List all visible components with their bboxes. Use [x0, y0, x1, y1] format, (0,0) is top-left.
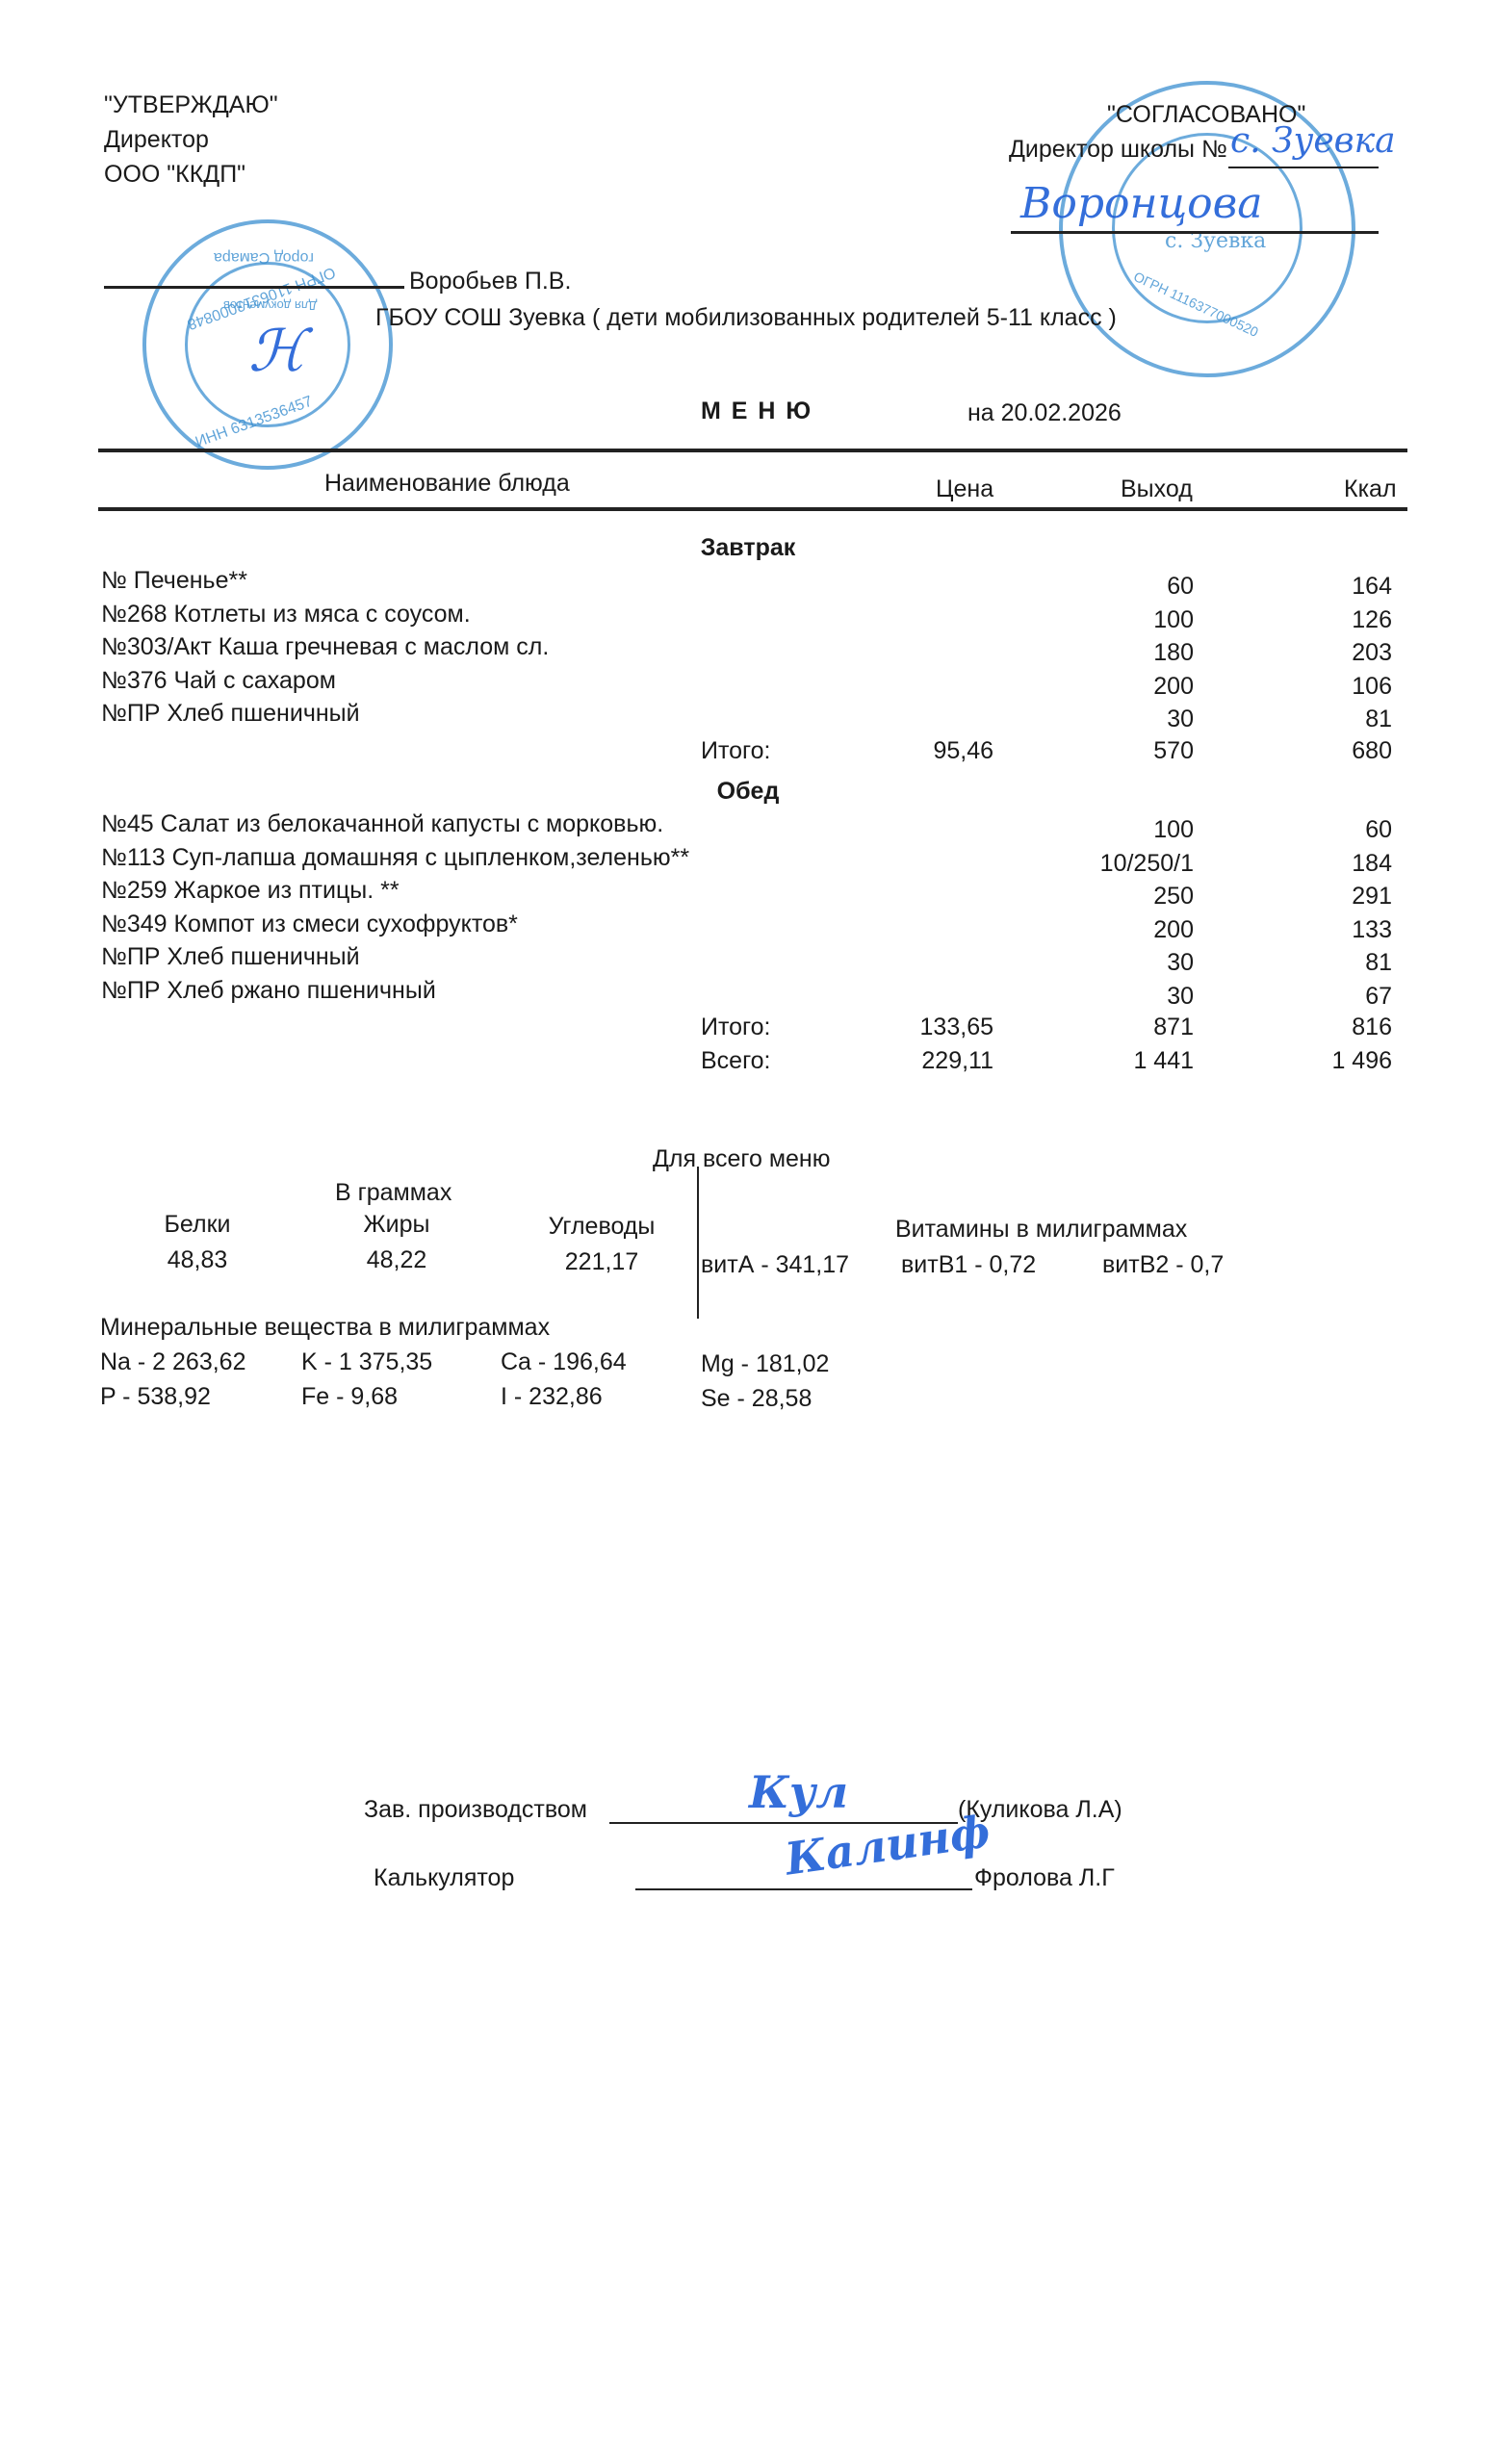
dish-kcal: 67 [1365, 983, 1392, 1011]
dish-kcal: 164 [1352, 573, 1392, 601]
subtotal-row: Итого:133,65871816 [0, 1014, 1496, 1046]
dish-name: №ПР Хлеб ржано пшеничный [101, 977, 436, 1005]
table-row: №ПР Хлеб пшеничный3081 [0, 706, 1496, 738]
column-header-price: Цена [936, 475, 993, 503]
subtotal-label: Итого: [701, 737, 770, 765]
mineral-p: P - 538,92 [100, 1383, 211, 1411]
approve-title: "УТВЕРЖДАЮ" [104, 91, 278, 119]
column-header-kcal: Ккал [1344, 475, 1397, 503]
dish-kcal: 106 [1352, 673, 1392, 701]
menu-title: М Е Н Ю [701, 398, 812, 425]
macro-carbs-value: 221,17 [534, 1248, 669, 1276]
approve-signature-line [104, 286, 404, 289]
dish-kcal: 203 [1352, 639, 1392, 667]
mineral-k: K - 1 375,35 [301, 1348, 432, 1376]
grams-label: В граммах [335, 1179, 451, 1207]
total-row: Всего:229,111 4411 496 [0, 1047, 1496, 1080]
section-title: Обед [0, 778, 1496, 806]
dish-yield: 10/250/1 [1100, 850, 1194, 878]
dish-yield: 30 [1167, 949, 1194, 977]
subtotal-kcal: 680 [1352, 737, 1392, 765]
column-header-name: Наименование блюда [324, 470, 570, 498]
vitamin-b2: витВ2 - 0,7 [1102, 1251, 1224, 1279]
macro-fat-value: 48,22 [339, 1246, 454, 1274]
table-row: №ПР Хлеб ржано пшеничный3067 [0, 983, 1496, 1015]
dish-yield: 30 [1167, 706, 1194, 733]
dish-name: №45 Салат из белокачанной капусты с морк… [101, 810, 663, 838]
nutrition-divider [697, 1167, 699, 1319]
macro-protein-value: 48,83 [140, 1246, 255, 1274]
macro-carbs-label: Углеводы [534, 1213, 669, 1241]
table-top-rule [98, 449, 1407, 452]
mineral-fe: Fe - 9,68 [301, 1383, 398, 1411]
macro-protein-label: Белки [140, 1211, 255, 1239]
agreed-signature-line [1011, 231, 1379, 234]
dish-yield: 100 [1153, 816, 1194, 844]
dish-kcal: 133 [1352, 916, 1392, 944]
menu-date: на 20.02.2026 [967, 399, 1122, 427]
subtotal-kcal: 816 [1352, 1014, 1392, 1041]
subtotal-label: Итого: [701, 1014, 770, 1041]
dish-name: №303/Акт Каша гречневая с маслом сл. [101, 633, 549, 661]
handwritten-school: с. Зуевка [1230, 121, 1396, 161]
subtotal-yield: 570 [1153, 737, 1194, 765]
dish-kcal: 291 [1352, 883, 1392, 911]
dish-name: №ПР Хлеб пшеничный [101, 700, 360, 728]
mineral-mg: Mg - 181,02 [701, 1350, 829, 1378]
total-label: Всего: [701, 1047, 771, 1075]
subtotal-yield: 871 [1153, 1014, 1194, 1041]
dish-name: №268 Котлеты из мяса с соусом. [101, 601, 471, 629]
school-number-line [1228, 167, 1379, 168]
total-yield: 1 441 [1133, 1047, 1194, 1075]
total-price: 229,11 [921, 1047, 993, 1075]
dish-kcal: 60 [1365, 816, 1392, 844]
mineral-i: I - 232,86 [501, 1383, 603, 1411]
dish-name: №376 Чай с сахаром [101, 667, 336, 695]
mineral-na: Na - 2 263,62 [100, 1348, 246, 1376]
school-line: ГБОУ СОШ Зуевка ( дети мобилизованных ро… [375, 304, 1117, 332]
dish-kcal: 126 [1352, 606, 1392, 634]
total-kcal: 1 496 [1331, 1047, 1392, 1075]
calculator-role: Калькулятор [374, 1864, 514, 1892]
dish-yield: 100 [1153, 606, 1194, 634]
production-signature: Кул [749, 1766, 848, 1818]
dish-yield: 200 [1153, 673, 1194, 701]
approve-position: Директор [104, 126, 209, 154]
subtotal-price: 133,65 [920, 1014, 993, 1041]
approve-name: Воробьев П.В. [409, 268, 571, 295]
dish-name: №ПР Хлеб пшеничный [101, 943, 360, 971]
table-header-rule [98, 507, 1407, 511]
section-title: Завтрак [0, 534, 1496, 562]
stamp-signature: ℋ [248, 318, 305, 385]
dish-kcal: 184 [1352, 850, 1392, 878]
stamp-center-text: Для документов [223, 298, 317, 313]
agreed-position: Директор школы № [1009, 136, 1227, 164]
mineral-ca: Ca - 196,64 [501, 1348, 627, 1376]
agreed-signature: Воронцова [1020, 179, 1263, 228]
mineral-se: Se - 28,58 [701, 1385, 812, 1413]
nutrition-title: Для всего меню [653, 1145, 830, 1173]
vitamin-b1: витВ1 - 0,72 [901, 1251, 1036, 1279]
minerals-label: Минеральные вещества в милиграммах [100, 1314, 550, 1342]
column-header-yield: Выход [1121, 475, 1193, 503]
vitamin-a: витА - 341,17 [701, 1251, 849, 1279]
dish-name: №113 Суп-лапша домашняя с цыпленком,зеле… [101, 844, 689, 872]
production-role: Зав. производством [364, 1796, 587, 1824]
dish-yield: 180 [1153, 639, 1194, 667]
dish-yield: 200 [1153, 916, 1194, 944]
dish-name: №349 Компот из смеси сухофруктов* [101, 911, 518, 938]
dish-yield: 250 [1153, 883, 1194, 911]
calculator-signature-line [635, 1888, 972, 1890]
dish-kcal: 81 [1365, 706, 1392, 733]
dish-kcal: 81 [1365, 949, 1392, 977]
vitamins-label: Витамины в милиграммах [895, 1216, 1187, 1244]
approve-org: ООО "ККДП" [104, 161, 245, 189]
stamp-city-text: город Самара [214, 248, 314, 266]
dish-yield: 60 [1167, 573, 1194, 601]
calculator-name: Фролова Л.Г [974, 1864, 1115, 1892]
subtotal-price: 95,46 [933, 737, 993, 765]
dish-yield: 30 [1167, 983, 1194, 1011]
subtotal-row: Итого:95,46570680 [0, 737, 1496, 770]
macro-fat-label: Жиры [339, 1211, 454, 1239]
dish-name: № Печенье** [101, 567, 247, 595]
dish-name: №259 Жаркое из птицы. ** [101, 877, 400, 905]
